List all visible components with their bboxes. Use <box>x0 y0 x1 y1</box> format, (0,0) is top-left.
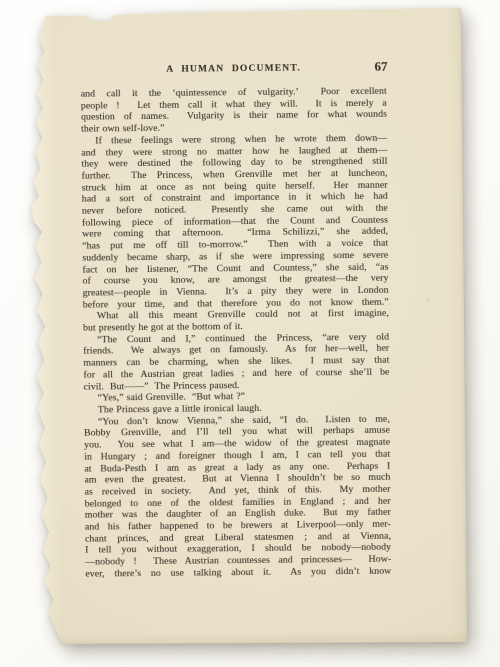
paragraph: If these feelings were strong when he wr… <box>81 132 389 310</box>
page-text: and call it the ‘quintessence of vulgari… <box>81 86 392 580</box>
paragraph: “The Count and I,” continued the Princes… <box>83 331 390 392</box>
book-page: A HUMAN DOCUMENT. 67 and call it the ‘qu… <box>30 8 467 646</box>
photo-backdrop: A HUMAN DOCUMENT. 67 and call it the ‘qu… <box>0 0 500 667</box>
paragraph: What all this meant Grenville could not … <box>83 308 389 334</box>
paragraph: and call it the ‘quintessence of vulgari… <box>81 86 387 136</box>
text-line: ever, there’s no use talking about it. A… <box>85 565 391 580</box>
book-page-wrapper: A HUMAN DOCUMENT. 67 and call it the ‘qu… <box>30 8 467 646</box>
page-number: 67 <box>374 59 387 75</box>
running-title: A HUMAN DOCUMENT. <box>80 63 386 76</box>
page-header: A HUMAN DOCUMENT. 67 <box>80 63 386 82</box>
paragraph: “You don’t know Vienna,” she said, “I do… <box>84 413 392 580</box>
